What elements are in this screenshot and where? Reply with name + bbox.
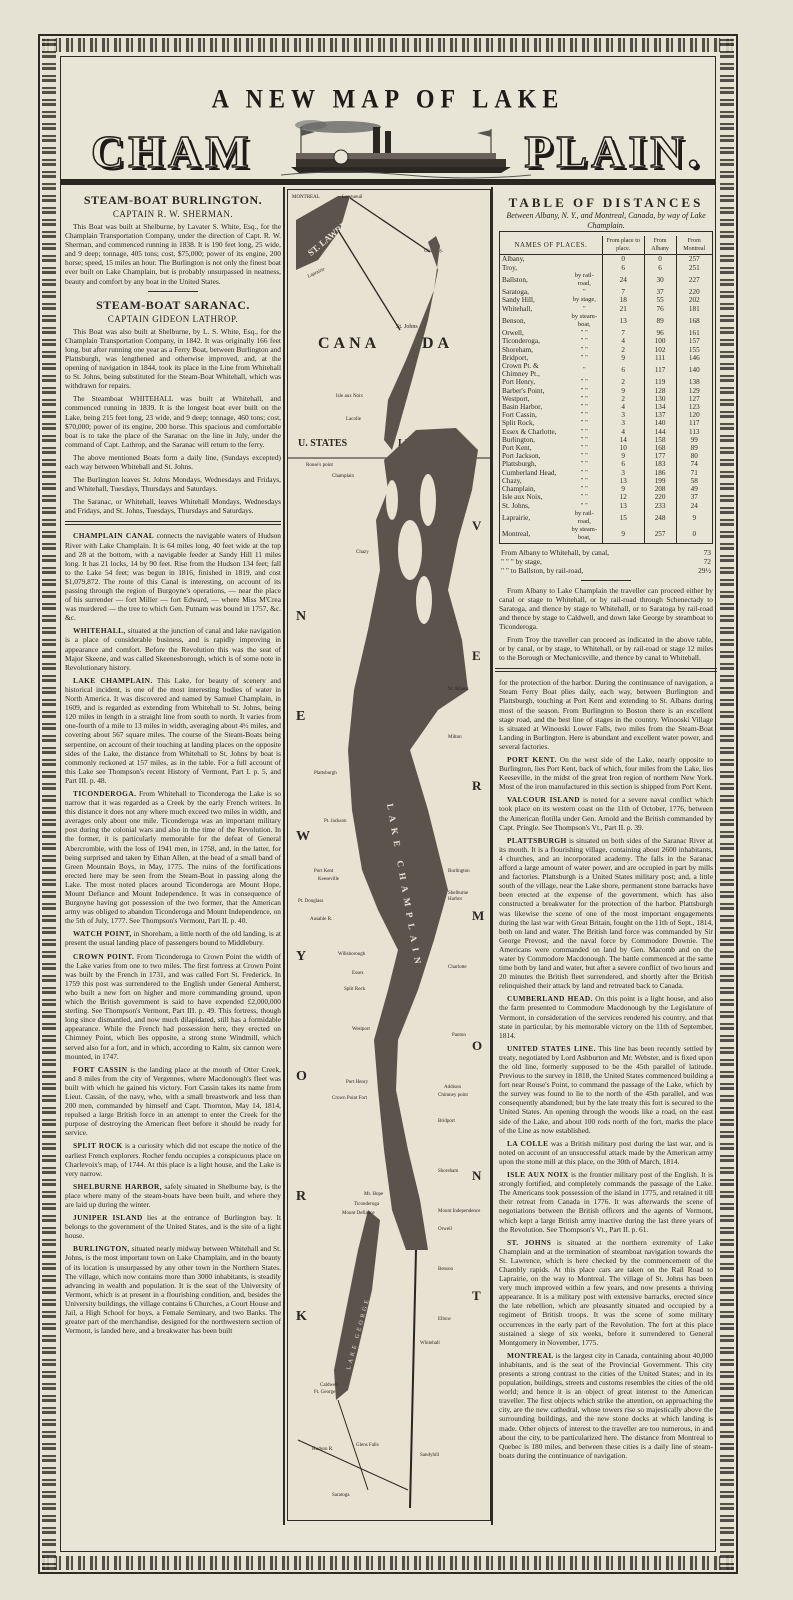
place-name: Port Kent, (500, 444, 567, 452)
svg-text:K: K (296, 1309, 307, 1324)
entry-lead: SHELBURNE HARBOR, (73, 1182, 162, 1191)
south-hero (416, 576, 432, 624)
title-left: CHAM (91, 125, 253, 178)
entry-lead: LAKE CHAMPLAIN. (73, 676, 153, 685)
header-rule (61, 179, 715, 185)
from-place: 21 (602, 305, 644, 313)
map-panel: ST. LAWRENCE MONTREAL Longueuil Chambly.… (287, 189, 491, 1521)
entry-lead: WHITEHALL, (73, 626, 126, 635)
col-from-albany: From Albany (644, 236, 676, 255)
from-montreal: 181 (676, 305, 712, 313)
from-albany: 199 (644, 477, 676, 485)
from-albany: 128 (644, 387, 676, 395)
from-place: 24 (602, 272, 644, 288)
place-name: Montreal, (500, 526, 567, 542)
from-albany: 134 (644, 403, 676, 411)
svg-text:Caldwell: Caldwell (320, 1383, 339, 1388)
lake-champlain-map: ST. LAWRENCE MONTREAL Longueuil Chambly.… (288, 190, 490, 1508)
travel-mode: " " (567, 346, 602, 354)
from-albany: 130 (644, 395, 676, 403)
from-albany: 111 (644, 354, 676, 362)
entry-text: is the landing place at the mouth of Ott… (65, 1065, 281, 1138)
entry-lead: MONTREAL (507, 1351, 554, 1360)
entry-text: is situated on both sides of the Saranac… (499, 836, 713, 991)
article-entry: FORT CASSIN is the landing place at the … (65, 1065, 281, 1138)
svg-text:O: O (296, 1069, 307, 1084)
ornamental-border-left (42, 38, 56, 1570)
from-albany: 233 (644, 502, 676, 510)
from-place: 7 (602, 288, 644, 296)
north-hero (420, 474, 436, 526)
note-from-albany: From Albany to Lake Champlain the travel… (495, 586, 717, 631)
from-montreal: 24 (676, 502, 712, 510)
from-albany: 6 (644, 264, 676, 272)
article-entry: TICONDEROGA. From Whitehall to Ticondero… (65, 789, 281, 925)
svg-text:Benson: Benson (438, 1267, 454, 1272)
from-place: 7 (602, 329, 644, 337)
distance-row: Fort Cassin," "3137120 (500, 411, 712, 419)
from-montreal: 257 (676, 255, 712, 264)
svg-text:DA: DA (422, 335, 453, 352)
svg-text:Mt. Hope: Mt. Hope (364, 1192, 384, 1197)
entry-lead: FORT CASSIN (73, 1065, 127, 1074)
place-name: Troy, (500, 264, 567, 272)
place-name: Ticonderoga, (500, 337, 567, 345)
travel-mode: " " (567, 469, 602, 477)
svg-text:Chazy: Chazy (356, 550, 369, 555)
travel-mode (567, 264, 602, 272)
entry-lead: PORT KENT. (507, 755, 557, 764)
from-montreal: 161 (676, 329, 712, 337)
from-albany: 208 (644, 485, 676, 493)
col-from-montreal: From Montreal (676, 236, 712, 255)
svg-text:Mount Defiance: Mount Defiance (342, 1211, 375, 1216)
travel-mode: " " (567, 337, 602, 345)
distance-row: Whitehall,"2176181 (500, 305, 712, 313)
svg-text:Pt. Douglass: Pt. Douglass (298, 899, 323, 904)
svg-text:O: O (472, 1038, 482, 1053)
svg-text:M: M (472, 908, 484, 923)
place-name: Port Henry, (500, 378, 567, 386)
svg-text:Ticonderoga: Ticonderoga (354, 1202, 380, 1207)
title-top: A NEW MAP OF LAKE (61, 86, 715, 116)
from-place: 13 (602, 502, 644, 510)
right-entries: PORT KENT. On the west side of the Lake,… (495, 755, 717, 1460)
steamboat-illustration (281, 117, 531, 179)
travel-mode: by stage, (567, 296, 602, 304)
entry-text: This line has been recently settled by t… (499, 1044, 713, 1135)
svg-text:Whitehall: Whitehall (420, 1341, 440, 1346)
from-place: 4 (602, 403, 644, 411)
entry-lead: UNITED STATES LINE. (507, 1044, 596, 1053)
entry-lead: VALCOUR ISLAND (507, 795, 580, 804)
article-entry: CROWN POINT. From Ticonderoga to Crown P… (65, 952, 281, 1061)
from-montreal: 58 (676, 477, 712, 485)
whitehall-boat-body: The Steamboat WHITEHALL was built at Whi… (65, 394, 281, 449)
from-albany: 119 (644, 378, 676, 386)
distance-row: Shoreham," "2102155 (500, 346, 712, 354)
distance-row: Plattsburgh," "618374 (500, 460, 712, 468)
from-place: 2 (602, 346, 644, 354)
from-albany: 183 (644, 460, 676, 468)
from-albany: 96 (644, 329, 676, 337)
svg-text:Crown Point Fort: Crown Point Fort (332, 1096, 368, 1101)
from-place: 9 (602, 387, 644, 395)
from-albany: 158 (644, 436, 676, 444)
from-albany: 177 (644, 452, 676, 460)
column-divider (283, 187, 285, 1525)
from-montreal: 220 (676, 288, 712, 296)
travel-mode: " " (567, 387, 602, 395)
entry-text: From Ticonderoga to Crown Point the widt… (65, 952, 281, 1061)
from-montreal: 140 (676, 362, 712, 378)
travel-mode: " (567, 362, 602, 378)
article-entry: ISLE AUX NOIX is the frontier military p… (499, 1170, 713, 1234)
entry-lead: PLATTSBURGH (507, 836, 567, 845)
svg-text:Charlotte: Charlotte (448, 965, 467, 970)
svg-text:V: V (472, 518, 482, 533)
place-name: Fort Cassin, (500, 411, 567, 419)
from-montreal: 127 (676, 395, 712, 403)
place-name: Westport, (500, 395, 567, 403)
svg-text:Ausable R.: Ausable R. (310, 917, 332, 922)
from-montreal: 49 (676, 485, 712, 493)
from-place: 0 (602, 255, 644, 264)
entry-text: is the frontier military post of the Eng… (499, 1170, 713, 1234)
ornamental-border-right (720, 38, 734, 1570)
header: A NEW MAP OF LAKE CHAM PLAIN. (61, 57, 715, 179)
from-montreal: 227 (676, 272, 712, 288)
from-montreal: 37 (676, 493, 712, 501)
separator (148, 291, 198, 292)
left-column: STEAM-BOAT BURLINGTON. CAPTAIN R. W. SHE… (65, 187, 281, 1525)
article-entry: LA COLLE was a British military post dur… (499, 1139, 713, 1166)
title-right: PLAIN. (524, 125, 703, 178)
distance-row: Basin Harbor," "4134123 (500, 403, 712, 411)
article-entry: PLATTSBURGH is situated on both sides of… (499, 836, 713, 991)
place-name: Saratoga, (500, 288, 567, 296)
from-montreal: 74 (676, 460, 712, 468)
from-place: 12 (602, 493, 644, 501)
from-albany: 220 (644, 493, 676, 501)
article-entry: CUMBERLAND HEAD. On this point is a ligh… (499, 994, 713, 1039)
distance-row: Crown Pt. & Chimney Pt.,"6117140 (500, 362, 712, 378)
place-name: Port Jackson, (500, 452, 567, 460)
from-montreal: 71 (676, 469, 712, 477)
from-albany: 76 (644, 305, 676, 313)
isle-la-motte (386, 480, 398, 520)
distance-row: Saratoga,"737220 (500, 288, 712, 296)
svg-text:Milton: Milton (448, 735, 462, 740)
svg-text:Essex: Essex (352, 971, 364, 976)
svg-text:Orwell: Orwell (438, 1227, 452, 1232)
distance-totals: From Albany to Whitehall, by canal,73 " … (495, 544, 717, 575)
svg-text:W: W (296, 829, 310, 844)
svg-text:Port Henry: Port Henry (346, 1080, 369, 1085)
svg-text:St. Johns: St. Johns (396, 324, 418, 330)
from-place: 13 (602, 313, 644, 329)
double-rule (495, 668, 717, 672)
distance-table-header: NAMES OF PLACES. From place to place. Fr… (500, 236, 712, 255)
travel-mode: " (567, 288, 602, 296)
from-albany: 102 (644, 346, 676, 354)
from-montreal: 99 (676, 436, 712, 444)
right-column: TABLE OF DISTANCES Between Albany, N. Y.… (495, 187, 717, 1525)
place-name: Basin Harbor, (500, 403, 567, 411)
distance-row: Essex & Charlotte," "4144113 (500, 428, 712, 436)
place-name: Champlain, (500, 485, 567, 493)
distance-row: Sandy Hill,by stage,1855202 (500, 296, 712, 304)
entry-text: situated nearly midway between Whitehall… (65, 1244, 281, 1335)
from-place: 6 (602, 460, 644, 468)
burlington-continuation: for the protection of the harbor. During… (495, 678, 717, 751)
travel-mode: by steam-boat, (567, 313, 602, 329)
distance-row: Westport," "2130127 (500, 395, 712, 403)
from-montreal: 251 (676, 264, 712, 272)
svg-text:Lacolle: Lacolle (346, 417, 362, 422)
distance-row: Chazy," "1319958 (500, 477, 712, 485)
svg-text:Rouse's point: Rouse's point (306, 463, 333, 468)
from-montreal: 113 (676, 428, 712, 436)
from-place: 2 (602, 395, 644, 403)
total-row: From Albany to Whitehall, by canal,73 (501, 548, 711, 557)
entry-text: is the largest city in Canada, containin… (499, 1351, 713, 1460)
place-name: Bridport, (500, 354, 567, 362)
svg-text:Addison: Addison (444, 1085, 461, 1090)
saranac-body: This Boat was also built at Shelburne, b… (65, 327, 281, 391)
from-montreal: 80 (676, 452, 712, 460)
entry-lead: LA COLLE (507, 1139, 548, 1148)
place-name: Essex & Charlotte, (500, 428, 567, 436)
entry-text: This Lake, for beauty of scenery and his… (65, 676, 281, 785)
svg-text:Pt. Jackson: Pt. Jackson (324, 819, 347, 824)
svg-text:Champlain: Champlain (332, 474, 354, 479)
article-entry: WHITEHALL, situated at the junction of c… (65, 626, 281, 671)
col-names: NAMES OF PLACES. (500, 236, 602, 255)
from-montreal: 202 (676, 296, 712, 304)
ornamental-border-top (42, 38, 734, 52)
distance-row: St. Johns," "1323324 (500, 502, 712, 510)
column-divider (491, 187, 493, 1525)
from-place: 13 (602, 477, 644, 485)
col-place-to-place: From place to place. (602, 236, 644, 255)
saranac-heading: STEAM-BOAT SARANAC. (65, 298, 281, 313)
distance-table-subtitle: Between Albany, N. Y., and Montreal, Can… (495, 211, 717, 231)
saranac-captain: CAPTAIN GIDEON LATHROP. (65, 314, 281, 324)
distance-row: Bridport," "9111146 (500, 354, 712, 362)
distance-row: Port Henry," "2119138 (500, 378, 712, 386)
svg-text:T: T (472, 1288, 481, 1303)
place-name: Albany, (500, 255, 567, 264)
separator (581, 580, 631, 581)
article-entry: CHAMPLAIN CANAL connects the navigable w… (65, 531, 281, 622)
svg-text:Panton: Panton (452, 1033, 466, 1038)
place-name: Barber's Point, (500, 387, 567, 395)
svg-text:R: R (472, 778, 482, 793)
distance-row: Barber's Point," "9128129 (500, 387, 712, 395)
distance-row: Ticonderoga," "4100157 (500, 337, 712, 345)
distance-table-frame: NAMES OF PLACES. From place to place. Fr… (499, 231, 713, 544)
article-entry: SPLIT ROCK is a curiosity which did not … (65, 1141, 281, 1177)
from-place: 2 (602, 378, 644, 386)
svg-text:Elbow: Elbow (438, 1317, 451, 1322)
from-place: 9 (602, 452, 644, 460)
svg-text:Willsborough: Willsborough (338, 952, 366, 957)
entry-lead: CROWN POINT. (73, 952, 134, 961)
entry-text: connects the navigable waters of Hudson … (65, 531, 281, 622)
distance-row: Laprairie,by rail-road,152489 (500, 510, 712, 526)
from-montreal: 0 (676, 526, 712, 542)
note-from-troy: From Troy the traveller can proceed as i… (495, 635, 717, 662)
distance-row: Port Kent," "1016889 (500, 444, 712, 452)
distance-table-title: TABLE OF DISTANCES (495, 195, 717, 211)
svg-text:Split Rock: Split Rock (344, 987, 366, 992)
svg-text:St. Albans: St. Albans (448, 687, 469, 692)
from-place: 18 (602, 296, 644, 304)
distance-table: NAMES OF PLACES. From place to place. Fr… (500, 236, 712, 543)
travel-mode: " " (567, 444, 602, 452)
distance-row: Ballston,by rail-road,2430227 (500, 272, 712, 288)
left-entries: CHAMPLAIN CANAL connects the navigable w… (65, 531, 281, 1335)
grand-isle (398, 520, 422, 580)
svg-text:MONTREAL: MONTREAL (292, 195, 320, 200)
place-name: Shoreham, (500, 346, 567, 354)
from-place: 9 (602, 526, 644, 542)
travel-mode: " " (567, 411, 602, 419)
travel-mode: " " (567, 436, 602, 444)
ornamental-border-bottom (42, 1556, 734, 1570)
entry-text: From Whitehall to Ticonderoga the Lake i… (65, 789, 281, 925)
place-name: Cumberland Head, (500, 469, 567, 477)
travel-mode: " " (567, 403, 602, 411)
from-albany: 140 (644, 419, 676, 427)
svg-text:Shoreham: Shoreham (438, 1169, 458, 1174)
travel-mode: " " (567, 452, 602, 460)
entry-lead: CHAMPLAIN CANAL (73, 531, 154, 540)
travel-mode: " " (567, 460, 602, 468)
travel-mode: " " (567, 428, 602, 436)
burlington-schedule: The Burlington leaves St. Johns Mondays,… (65, 475, 281, 493)
place-name: Laprairie, (500, 510, 567, 526)
svg-text:Chimney point: Chimney point (438, 1093, 468, 1098)
from-place: 6 (602, 362, 644, 378)
svg-text:E: E (296, 709, 305, 724)
from-albany: 186 (644, 469, 676, 477)
svg-text:Bridport: Bridport (438, 1119, 456, 1124)
entry-lead: TICONDEROGA. (73, 789, 136, 798)
svg-text:Mount Independence: Mount Independence (438, 1209, 481, 1214)
svg-text:Ft. George: Ft. George (314, 1390, 336, 1395)
total-row: " " " by stage,72 (501, 557, 711, 566)
from-albany: 55 (644, 296, 676, 304)
svg-text:N: N (296, 609, 306, 624)
lake-george (334, 1210, 380, 1400)
svg-text:Plattsburgh: Plattsburgh (314, 771, 337, 776)
place-name: Crown Pt. & Chimney Pt., (500, 362, 567, 378)
from-albany: 89 (644, 313, 676, 329)
place-name: Sandy Hill, (500, 296, 567, 304)
article-entry: VALCOUR ISLAND is noted for a severe nav… (499, 795, 713, 831)
travel-mode: by rail-road, (567, 272, 602, 288)
distance-row: Port Jackson," "917780 (500, 452, 712, 460)
entry-text: is situated at the northern extremity of… (499, 1238, 713, 1347)
entry-lead: ST. JOHNS (507, 1238, 551, 1247)
from-place: 3 (602, 419, 644, 427)
travel-mode: " " (567, 378, 602, 386)
svg-text:U. STATES: U. STATES (298, 438, 348, 449)
from-albany: 144 (644, 428, 676, 436)
daily-line-text: The above mentioned Boats form a daily l… (65, 453, 281, 471)
svg-text:N: N (472, 1168, 482, 1183)
travel-mode: " " (567, 395, 602, 403)
place-name: Orwell, (500, 329, 567, 337)
burlington-heading: STEAM-BOAT BURLINGTON. (65, 193, 281, 208)
svg-text:Keeseville: Keeseville (318, 877, 340, 882)
svg-text:Glens Falls: Glens Falls (356, 1443, 379, 1448)
svg-text:Saratoga: Saratoga (332, 1493, 350, 1498)
svg-text:R: R (296, 1189, 307, 1204)
from-place: 4 (602, 428, 644, 436)
article-entry: MONTREAL is the largest city in Canada, … (499, 1351, 713, 1460)
from-albany: 30 (644, 272, 676, 288)
from-montreal: 89 (676, 444, 712, 452)
from-place: 9 (602, 354, 644, 362)
travel-mode: " (567, 305, 602, 313)
place-name: Plattsburgh, (500, 460, 567, 468)
travel-mode: " " (567, 419, 602, 427)
article-entry: PORT KENT. On the west side of the Lake,… (499, 755, 713, 791)
svg-text:Harbor: Harbor (448, 897, 462, 902)
svg-text:CANA: CANA (318, 335, 380, 352)
svg-text:E: E (472, 648, 481, 663)
distance-row: Isle aux Noix," "1222037 (500, 493, 712, 501)
travel-mode: " " (567, 493, 602, 501)
from-place: 4 (602, 337, 644, 345)
from-montreal: 155 (676, 346, 712, 354)
svg-text:Hudson R.: Hudson R. (312, 1447, 333, 1452)
place-name: Benson, (500, 313, 567, 329)
place-name: Burlington, (500, 436, 567, 444)
place-name: Chazy, (500, 477, 567, 485)
article-entry: ST. JOHNS is situated at the northern ex… (499, 1238, 713, 1347)
from-albany: 168 (644, 444, 676, 452)
from-place: 15 (602, 510, 644, 526)
svg-text:Westport: Westport (352, 1027, 371, 1032)
from-albany: 0 (644, 255, 676, 264)
from-albany: 137 (644, 411, 676, 419)
from-montreal: 168 (676, 313, 712, 329)
article-entry: JUNIPER ISLAND lies at the entrance of B… (65, 1213, 281, 1240)
svg-text:Port Kent: Port Kent (314, 869, 334, 874)
from-place: 10 (602, 444, 644, 452)
from-montreal: 123 (676, 403, 712, 411)
svg-text:Laprairie: Laprairie (307, 267, 326, 280)
from-albany: 37 (644, 288, 676, 296)
entry-lead: BURLINGTON, (73, 1244, 130, 1253)
entry-lead: ISLE AUX NOIX (507, 1170, 569, 1179)
from-montreal: 9 (676, 510, 712, 526)
travel-mode: " " (567, 502, 602, 510)
from-place: 14 (602, 436, 644, 444)
travel-mode: " " (567, 329, 602, 337)
broadside-sheet: A NEW MAP OF LAKE CHAM PLAIN. (38, 34, 738, 1574)
distance-row: Cumberland Head," "318671 (500, 469, 712, 477)
st-lawrence-river (296, 196, 350, 270)
svg-text:Isle aux Noix: Isle aux Noix (336, 394, 363, 399)
from-albany: 100 (644, 337, 676, 345)
total-row: " " to Ballston, by rail-road,29½ (501, 566, 711, 575)
from-albany: 248 (644, 510, 676, 526)
